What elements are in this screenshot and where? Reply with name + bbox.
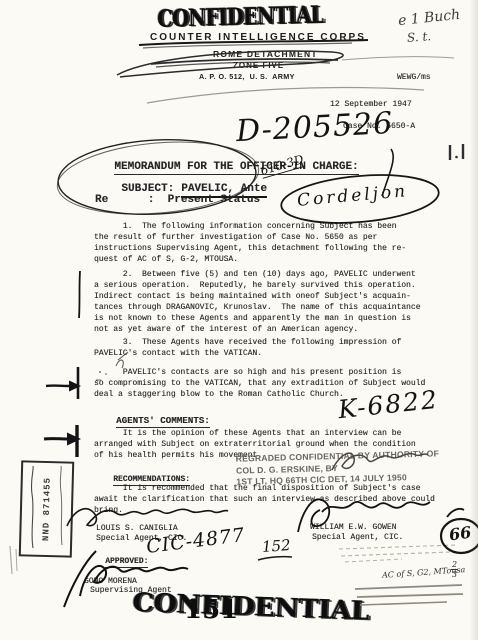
doc-number-handwritten: D-205526 — [235, 106, 394, 149]
count-underline — [258, 557, 292, 560]
left-signer-name: LOUIS S. CANIGLIA — [96, 524, 178, 533]
typed-line: a serious operation. Reputedly, he barel… — [94, 281, 416, 290]
pencil-note-2: S. t. — [407, 29, 432, 45]
approved-label-text: APPROVED: — [105, 557, 148, 568]
agents-comments-heading-text: AGENTS' COMMENTS: — [116, 415, 210, 428]
edge-bracket-marks — [450, 144, 463, 160]
typed-line: is not known to these Agents and apparen… — [94, 314, 411, 323]
typed-line: 1. The following information concerning … — [94, 222, 396, 231]
typed-line: 2. Between five (5) and ten (10) days ag… — [94, 270, 416, 279]
circled-signature: Cordeljon — [296, 181, 409, 211]
declassification-number: NND 871455 — [40, 463, 52, 555]
circled-number: 66 — [448, 523, 473, 545]
typed-line: PAVELIC's contact with the VATICAN. — [94, 349, 262, 358]
approval-count-handwritten: 152 — [261, 536, 291, 556]
typed-line: bring. — [94, 506, 123, 515]
typed-line: Indirect contact is being maintained wit… — [94, 292, 411, 301]
right-signer-title: Special Agent, CIC. — [312, 533, 403, 542]
zone-title: ZONE FIVE — [233, 61, 284, 70]
typed-line: 3. These Agents have received the follow… — [94, 338, 401, 347]
typed-line: arranged with Subject on extraterritoria… — [94, 440, 416, 449]
fraction-denominator: 3 — [451, 570, 458, 579]
typed-line: It is the opinion of these Agents that a… — [94, 429, 401, 438]
margin-marks — [44, 271, 81, 457]
confidential-stamp-top: CONFIDENTIAL — [157, 1, 323, 33]
office-symbol: WEWG/ms — [397, 73, 431, 82]
typed-line: await the clarification that such an int… — [94, 495, 435, 504]
typed-line: PAVELIC's contacts are so high and his p… — [94, 368, 401, 377]
typed-line: deal a staggering blow to the Roman Cath… — [94, 390, 344, 399]
apo-line: A. P. O. 512, U. S. ARMY — [199, 72, 295, 81]
typed-line: quest of AC of S, G-2, MTOUSA. — [94, 255, 238, 264]
typed-line: instructions Supervising Agent, this det… — [94, 244, 406, 253]
declassification-stamp-box: NND 871455 — [19, 460, 74, 557]
scan-edge-shadow — [470, 0, 478, 640]
pencil-note-1: e 1 Buch — [397, 7, 461, 29]
document-page: CONFIDENTIAL COUNTER INTELLIGENCE CORPS … — [0, 0, 478, 640]
detachment-title: ROME DETACHMENT — [213, 49, 318, 59]
routing-fraction: 2 3 — [451, 560, 458, 579]
typed-line: so compromising to the VATICAN, that any… — [94, 379, 425, 388]
typed-line: the result of further investigation of C… — [94, 233, 377, 242]
fraction-numerator: 2 — [451, 560, 458, 570]
k-number-handwritten: K-6822 — [337, 385, 440, 424]
confidential-stamp-bottom: CONFIDENTIAL — [132, 588, 370, 626]
right-signer-name: WILLIAM E.W. GOWEN — [310, 523, 396, 532]
supervisor-name: GONO MORENA — [84, 577, 137, 586]
typed-line: tances through DRAGANOVIC, Krunoslav. Th… — [94, 303, 420, 312]
left-edge-faint-marks — [10, 546, 17, 574]
pencil-strike-lines — [355, 585, 463, 605]
regrade-stamp: REGRADED CONFIDENTIAL BY AUTHORITY OF CO… — [236, 448, 440, 488]
approved-label: APPROVED: — [86, 548, 148, 575]
re-line: Re : Present Status — [95, 194, 260, 206]
faded-text-lines — [339, 545, 456, 562]
org-title: COUNTER INTELLIGENCE CORPS — [150, 32, 366, 43]
typed-line: not as yet aware of the interest of an A… — [94, 325, 358, 334]
